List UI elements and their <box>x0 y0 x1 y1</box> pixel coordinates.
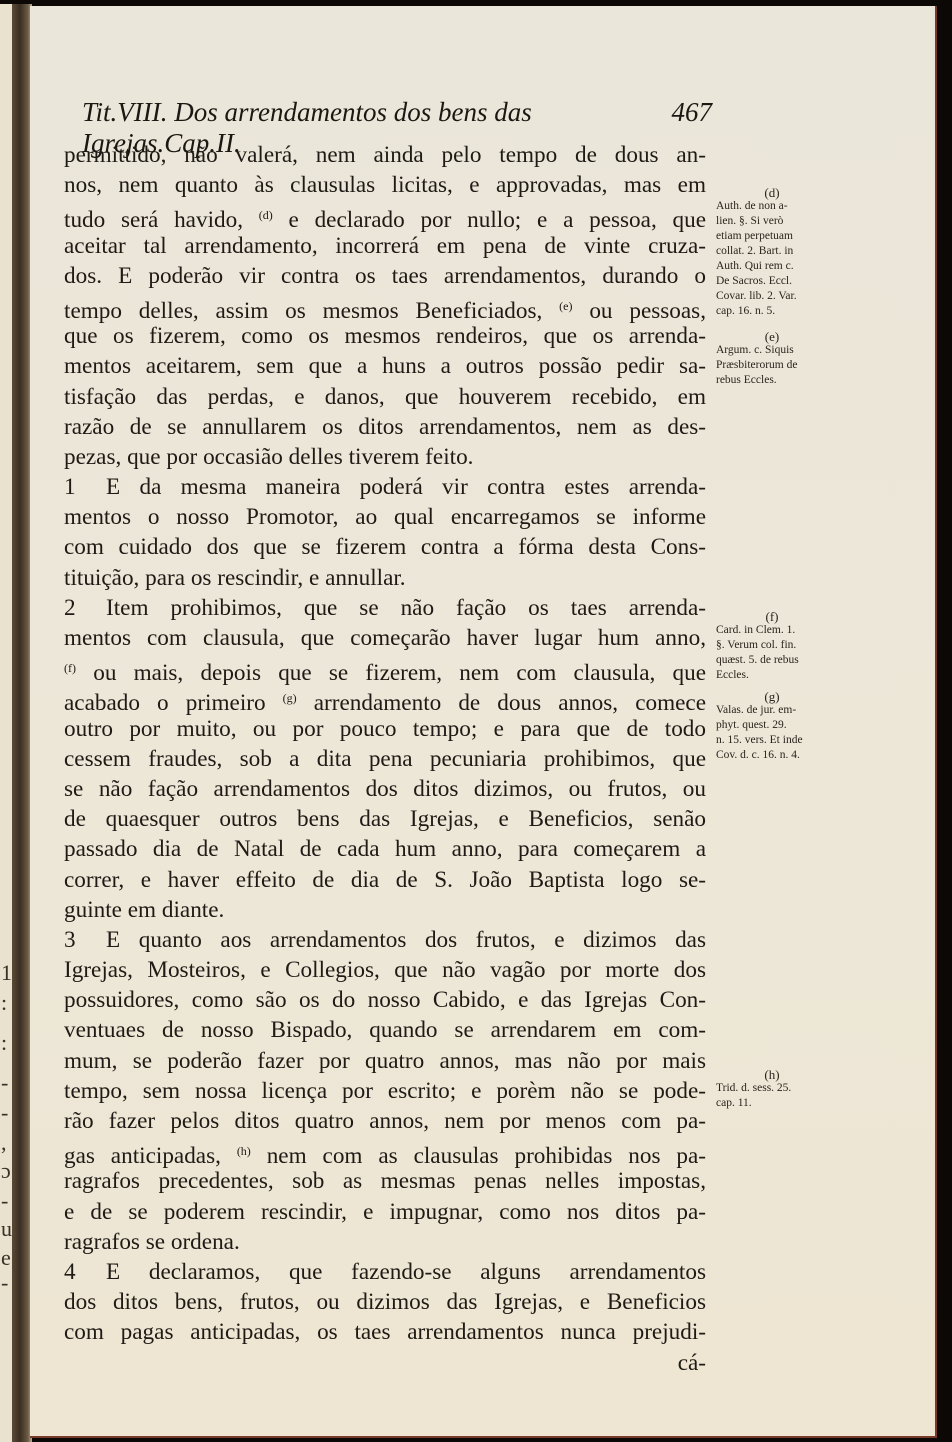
text-line: dos ditos bens, frutos, ou dizimos das I… <box>64 1287 706 1317</box>
text-line: passado dia de Natal de cada hum anno, p… <box>64 834 706 864</box>
margin-note-line: Covar. lib. 2. Var. <box>716 289 828 304</box>
margin-note-line: etiam perpetuam <box>716 229 828 244</box>
text-line: tempo, sem nossa licença por escrito; e … <box>64 1076 706 1106</box>
footnote-marker: (f) <box>64 661 76 675</box>
paragraph-number: 3 <box>64 925 94 955</box>
margin-note-marker: (d) <box>716 186 828 199</box>
text-line: cessem fraudes, sob a dita pena pecuniar… <box>64 744 706 774</box>
text-line: (f) ou mais, depois que se fizerem, nem … <box>64 653 706 683</box>
margin-note-line: Trid. d. sess. 25. <box>716 1081 828 1096</box>
paragraph-start-line: 3E quanto aos arrendamentos dos frutos, … <box>64 925 706 955</box>
paragraph-start-line: 2Item prohibimos, que se não fação os ta… <box>64 593 706 623</box>
facing-page-text-fragment: : <box>1 990 7 1016</box>
text-line: com pagas anticipadas, os taes arrendame… <box>64 1317 706 1347</box>
margin-note: (d)Auth. de non a-lien. §. Si veròetiam … <box>716 186 828 319</box>
book-gutter <box>12 4 32 1442</box>
text-line: ragrafos precedentes, sob as mesmas pena… <box>64 1166 706 1196</box>
margin-note: (h)Trid. d. sess. 25.cap. 11. <box>716 1068 828 1111</box>
text-line: ragrafos se ordena. <box>64 1227 706 1257</box>
text-line: nos, nem quanto às clausulas licitas, e … <box>64 170 706 200</box>
text-line: permittido, não valerá, nem ainda pelo t… <box>64 140 706 170</box>
facing-page-text-fragment: : <box>1 1030 7 1056</box>
footnote-marker: (d) <box>259 208 273 222</box>
margin-note-marker: (e) <box>716 330 828 343</box>
margin-note-line: Præsbiterorum de <box>716 358 828 373</box>
text-line: ventuaes de nosso Bispado, quando se arr… <box>64 1015 706 1045</box>
facing-page-text-fragment: - <box>1 1188 8 1214</box>
text-line: possuidores, como são os do nosso Cabido… <box>64 985 706 1015</box>
margin-note-marker: (f) <box>716 610 828 623</box>
margin-note-line: quæst. 5. de rebus <box>716 653 828 668</box>
facing-page-text-fragment: 1 <box>1 960 12 986</box>
facing-page-text-fragment: , <box>1 1130 7 1156</box>
text-line: rão fazer pelos ditos quatro annos, nem … <box>64 1106 706 1136</box>
text-line: dos. E poderão vir contra os taes arrend… <box>64 261 706 291</box>
text-line: razão de se annullarem os ditos arrendam… <box>64 412 706 442</box>
margin-note-line: §. Verum col. fin. <box>716 638 828 653</box>
margin-note-line: Valas. de jur. em- <box>716 703 828 718</box>
margin-note-line: cap. 11. <box>716 1096 828 1111</box>
text-line: acabado o primeiro (g) arrendamento de d… <box>64 683 706 713</box>
text-line: e de se poderem rescindir, e impugnar, c… <box>64 1197 706 1227</box>
facing-page-text-fragment: - <box>1 1100 8 1126</box>
text-line: que os fizerem, como os mesmos rendeiros… <box>64 321 706 351</box>
facing-page-text-fragment: u <box>1 1216 12 1242</box>
footnote-marker: (g) <box>283 691 297 705</box>
facing-page-text-fragment: ɔ <box>1 1158 11 1184</box>
paragraph-number: 2 <box>64 593 94 623</box>
margin-note-line: Argum. c. Siquis <box>716 343 828 358</box>
text-line: mentos com clausula, que começarão haver… <box>64 623 706 653</box>
text-line: mum, se poderão fazer por quatro annos, … <box>64 1046 706 1076</box>
text-line: cá- <box>64 1348 706 1378</box>
text-line: com cuidado dos que se fizerem contra a … <box>64 532 706 562</box>
margin-note-line: De Sacros. Eccl. <box>716 274 828 289</box>
margin-note-line: Card. in Clem. 1. <box>716 623 828 638</box>
footnote-marker: (h) <box>237 1144 251 1158</box>
text-line: pezas, que por occasião delles tiverem f… <box>64 442 706 472</box>
text-line: aceitar tal arrendamento, incorrerá em p… <box>64 231 706 261</box>
margin-note-line: Auth. de non a- <box>716 199 828 214</box>
margin-note-line: Cov. d. c. 16. n. 4. <box>716 748 828 763</box>
text-line: de quaesquer outros bens das Igrejas, e … <box>64 804 706 834</box>
margin-note-line: cap. 16. n. 5. <box>716 304 828 319</box>
facing-page-text-fragment: - <box>1 1070 8 1096</box>
paragraph-start-line: 1E da mesma maneira poderá vir contra es… <box>64 472 706 502</box>
paragraph-start-line: 4E declaramos, que fazendo-se alguns arr… <box>64 1257 706 1287</box>
margin-note: (f)Card. in Clem. 1.§. Verum col. fin.qu… <box>716 610 828 683</box>
facing-page-text-fragment: - <box>1 1270 8 1296</box>
margin-note-line: n. 15. vers. Et inde <box>716 733 828 748</box>
main-text-block: permittido, não valerá, nem ainda pelo t… <box>64 140 706 1378</box>
facing-page-text-fragment: e <box>1 1245 11 1271</box>
margin-note-line: lien. §. Si verò <box>716 214 828 229</box>
text-line: correr, e haver effeito de dia de S. Joã… <box>64 865 706 895</box>
text-line: tudo será havido, (d) e declarado por nu… <box>64 200 706 230</box>
paragraph-number: 4 <box>64 1257 94 1287</box>
text-line: Igrejas, Mosteiros, e Collegios, que não… <box>64 955 706 985</box>
margin-note-line: Eccles. <box>716 668 828 683</box>
footnote-marker: (e) <box>559 299 572 313</box>
text-line: mentos o nosso Promotor, ao qual encarre… <box>64 502 706 532</box>
text-line: gas anticipadas, (h) nem com as clausula… <box>64 1136 706 1166</box>
text-line: mentos aceitarem, sem que a huns a outro… <box>64 351 706 381</box>
text-line: se não fação arrendamentos dos ditos diz… <box>64 774 706 804</box>
text-line: tempo delles, assim os mesmos Beneficiad… <box>64 291 706 321</box>
margin-note-line: phyt. quest. 29. <box>716 718 828 733</box>
margin-note-line: collat. 2. Bart. in <box>716 244 828 259</box>
text-line: tituição, para os rescindir, e annullar. <box>64 563 706 593</box>
margin-note: (e)Argum. c. SiquisPræsbiterorum derebus… <box>716 330 828 388</box>
text-line: outro por muito, ou por pouco tempo; e p… <box>64 714 706 744</box>
margin-note-line: rebus Eccles. <box>716 373 828 388</box>
text-line: tisfação das perdas, e danos, que houver… <box>64 382 706 412</box>
margin-note-marker: (g) <box>716 690 828 703</box>
margin-note-line: Auth. Qui rem c. <box>716 259 828 274</box>
margin-note: (g)Valas. de jur. em-phyt. quest. 29.n. … <box>716 690 828 763</box>
paragraph-number: 1 <box>64 472 94 502</box>
margin-note-marker: (h) <box>716 1068 828 1081</box>
text-line: guinte em diante. <box>64 895 706 925</box>
